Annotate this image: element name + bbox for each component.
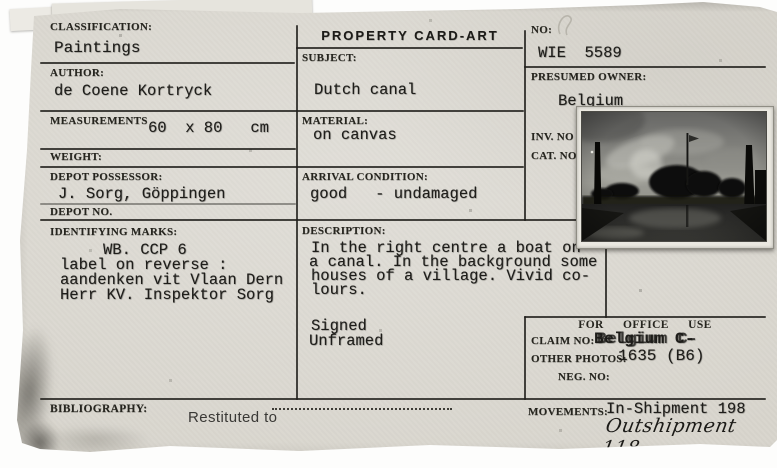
rule-column-divider-right [524,30,526,221]
subject-label: SUBJECT: [302,52,357,64]
classification-value: Paintings [54,39,140,57]
arrival-condition-label: ARRIVAL CONDITION: [302,171,428,183]
bibliography-label: BIBLIOGRAPHY: [50,403,147,415]
rule-column-divider-left [296,25,298,400]
no-label: NO: [531,24,552,36]
paper-specks [0,0,1,1]
rule-under-author-subject [40,110,524,112]
rule-under-weight-material [40,166,524,168]
movements-handwritten-value: Outshipment 118 [600,415,777,459]
material-value: on canvas [313,126,397,144]
author-value: de Coene Kortryck [54,82,212,100]
rule-office-box-top [524,316,766,318]
rule-below-photo [605,246,607,318]
restituted-to-label: Restituted to [188,409,277,426]
movements-label: MOVEMENTS: [528,406,608,418]
scanned-property-card: CLASSIFICATION: Paintings AUTHOR: de Coe… [0,0,777,468]
measurements-value: 60 x 80 cm [148,119,269,137]
edge-smudge [20,420,60,465]
rule-under-measurements [40,148,296,150]
measurements-label: MEASUREMENTS [50,115,148,127]
artwork-photo [582,112,766,241]
rule-under-depot-arrival [40,219,580,221]
claim-no-label: CLAIM NO: [531,335,595,347]
subject-value: Dutch canal [314,81,416,99]
other-photos-label: OTHER PHOTOS: [531,353,627,365]
identifying-marks-line: Herr KV. Inspektor Sorg [60,286,274,304]
classification-label: CLASSIFICATION: [50,21,152,33]
pencil-mark [552,8,586,42]
cat-no-label: CAT. NO [531,150,577,162]
identifying-marks-label: IDENTIFYING MARKS: [50,226,177,238]
inv-no-label: INV. NO [531,131,574,143]
description-label: DESCRIPTION: [302,225,386,237]
arrival-condition-value: good - undamaged [310,185,477,203]
neg-no-label: NEG. NO: [558,371,610,383]
depot-possessor-value: J. Sorg, Göppingen [58,185,225,203]
rule-under-classification [40,62,295,64]
photo-frame [576,106,774,249]
weight-label: WEIGHT: [50,151,102,163]
edge-smudge [40,425,150,455]
card-title: PROPERTY CARD-ART [296,28,524,43]
description-line: lours. [311,281,367,299]
depot-possessor-label: DEPOT POSSESSOR: [50,171,163,183]
description-unframed: Unframed [309,332,383,350]
claim-no-value-overstrike: Belgium C- [597,330,698,348]
rule-under-no [524,66,766,68]
edge-smudge [0,323,60,463]
presumed-owner-label: PRESUMED OWNER: [531,71,646,83]
rule-under-title [296,47,523,49]
author-label: AUTHOR: [50,67,104,79]
no-value: WIE 5589 [538,44,622,62]
restituted-to-blank-line [272,408,452,410]
other-photos-value: 1635 (B6) [618,347,704,365]
depot-no-label: DEPOT NO. [50,206,112,218]
property-card: CLASSIFICATION: Paintings AUTHOR: de Coe… [0,0,777,468]
rule-above-depot-no [40,203,296,205]
